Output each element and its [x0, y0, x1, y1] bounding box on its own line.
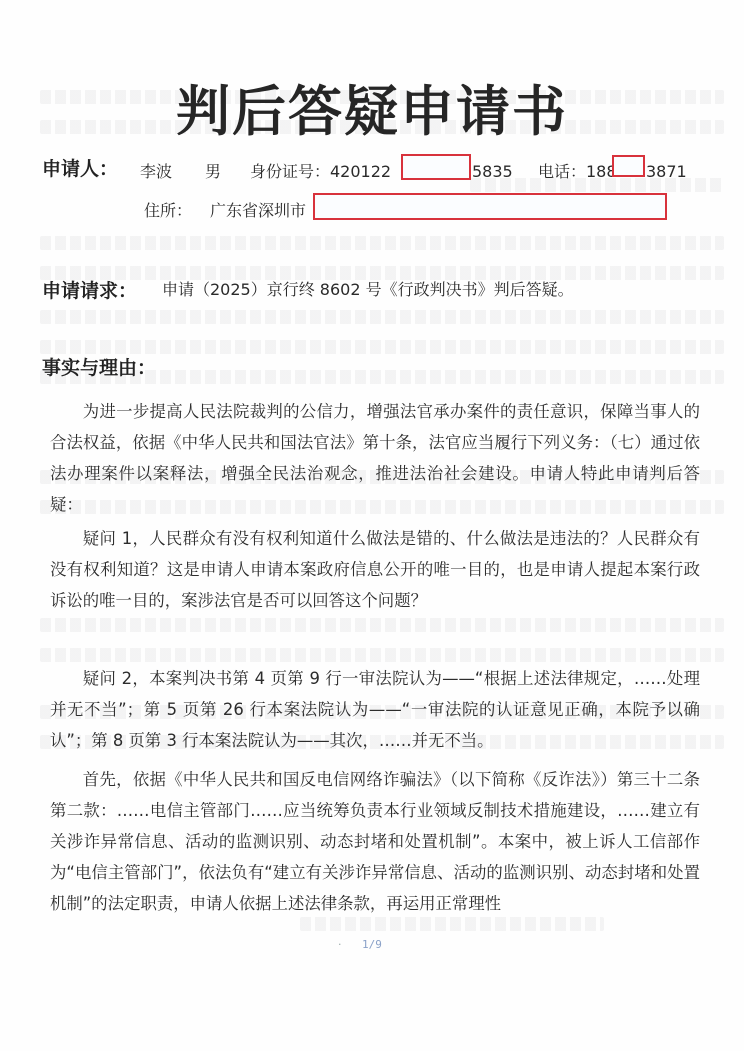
page-marker-dot: · [338, 938, 342, 951]
id-suffix: 5835 [472, 161, 513, 183]
document-page: 判后答疑申请书 申请人： 李波 男 身份证号： 420122 5835 电话： … [0, 0, 744, 1051]
id-label: 身份证号： [250, 161, 330, 183]
request-text: 申请（2025）京行终 8602 号《行政判决书》判后答疑。 [162, 279, 574, 301]
phone-suffix: 3871 [646, 161, 687, 183]
paragraph-question-1: 疑问 1，人民群众有没有权利知道什么做法是错的、什么做法是违法的？人民群众有没有… [50, 523, 700, 616]
address-redaction-box [313, 193, 667, 220]
applicant-label-text: 申请人： [42, 158, 118, 181]
page-number: 1/9 [362, 938, 382, 951]
applicant-label: 申请人： [42, 158, 118, 180]
scan-bleed-through [40, 266, 724, 280]
paragraph-question-2: 疑问 2，本案判决书第 4 页第 9 行一审法院认为——“根据上述法律规定，……… [50, 663, 700, 756]
scan-bleed-through [40, 340, 724, 354]
scan-bleed-through [40, 618, 724, 632]
scan-bleed-through [40, 236, 724, 250]
paragraph-first-point: 首先，依据《中华人民共和国反电信网络诈骗法》（以下简称《反诈法》）第三十二条第二… [50, 764, 700, 919]
scan-bleed-through [300, 917, 604, 931]
id-prefix: 420122 [330, 161, 391, 183]
phone-redaction-box [612, 155, 645, 177]
phone-label: 电话： [538, 161, 586, 183]
address-visible: 广东省深圳市 [210, 200, 306, 222]
address-label: 住所： [144, 200, 192, 222]
request-label: 申请请求： [42, 276, 137, 303]
scan-bleed-through [40, 310, 724, 324]
document-title: 判后答疑申请书 [0, 80, 744, 144]
id-redaction-box [401, 154, 471, 180]
facts-heading: 事实与理由： [42, 353, 156, 380]
scan-bleed-through [40, 648, 724, 662]
applicant-name: 李波 [140, 161, 172, 183]
paragraph-intro: 为进一步提高人民法院裁判的公信力，增强法官承办案件的责任意识，保障当事人的合法权… [50, 396, 700, 520]
applicant-gender: 男 [205, 161, 221, 183]
